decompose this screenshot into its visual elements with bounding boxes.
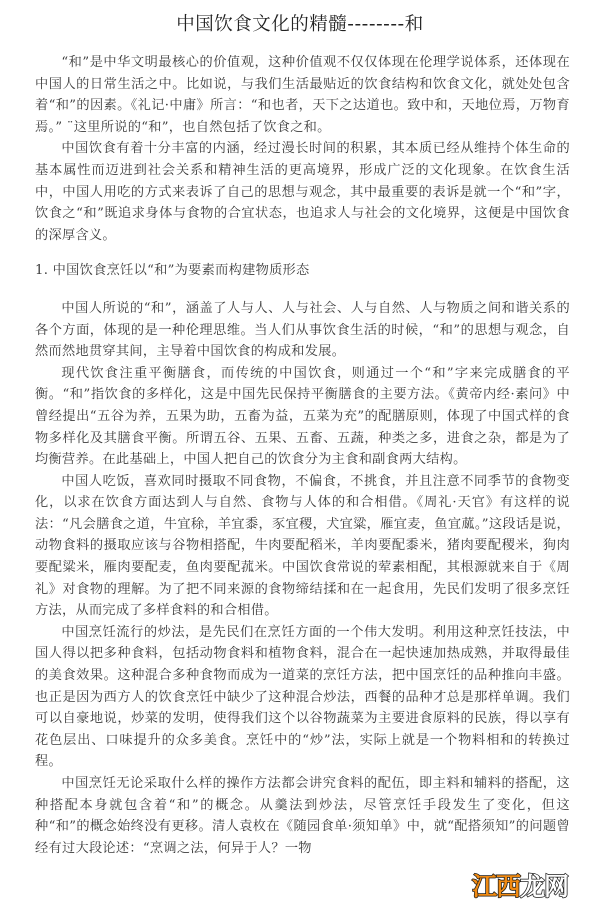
document-page: 中国饮食文化的精髓--------和 “和”是中华文明最核心的价值观，这种价值观… — [0, 0, 600, 915]
section-paragraph: 中国烹饪流行的炒法，是先民们在烹饪方面的一个伟大发明。利用这种烹饪技法，中国人得… — [35, 622, 570, 773]
intro-paragraph: 中国饮食有着十分丰富的内涵，经过漫长时间的积累，其本质已经从维持个体生命的基本属… — [35, 138, 570, 246]
document-body: “和”是中华文明最核心的价值观，这种价值观不仅仅体现在伦理学说体系，还体现在中国… — [35, 38, 570, 859]
section-paragraph: 中国人吃饭，喜欢同时摄取不同食物，不偏食，不挑食，并且注意不同季节的食物变化，以… — [35, 471, 570, 622]
watermark-text-white: 龙网 — [520, 867, 568, 903]
section-paragraph: 现代饮食注重平衡膳食，而传统的中国饮食，则通过一个“和”字来完成膳食的平衡。“和… — [35, 363, 570, 471]
section-heading: 1. 中国饮食烹饪以“和”为要素而构建物质形态 — [35, 260, 570, 282]
site-watermark-logo: 江西 龙网 — [472, 868, 590, 902]
document-title: 中国饮食文化的精髓--------和 — [0, 10, 600, 36]
watermark-text-orange: 江西 — [472, 867, 520, 903]
intro-paragraph: “和”是中华文明最核心的价值观，这种价值观不仅仅体现在伦理学说体系，还体现在中国… — [35, 52, 570, 138]
section-paragraph: 中国烹饪无论采取什么样的操作方法都会讲究食料的配伍，即主料和辅料的搭配，这种搭配… — [35, 773, 570, 859]
section-paragraph: 中国人所说的“和”，涵盖了人与人、人与社会、人与自然、人与物质之间和谐关系的各个… — [35, 298, 570, 363]
